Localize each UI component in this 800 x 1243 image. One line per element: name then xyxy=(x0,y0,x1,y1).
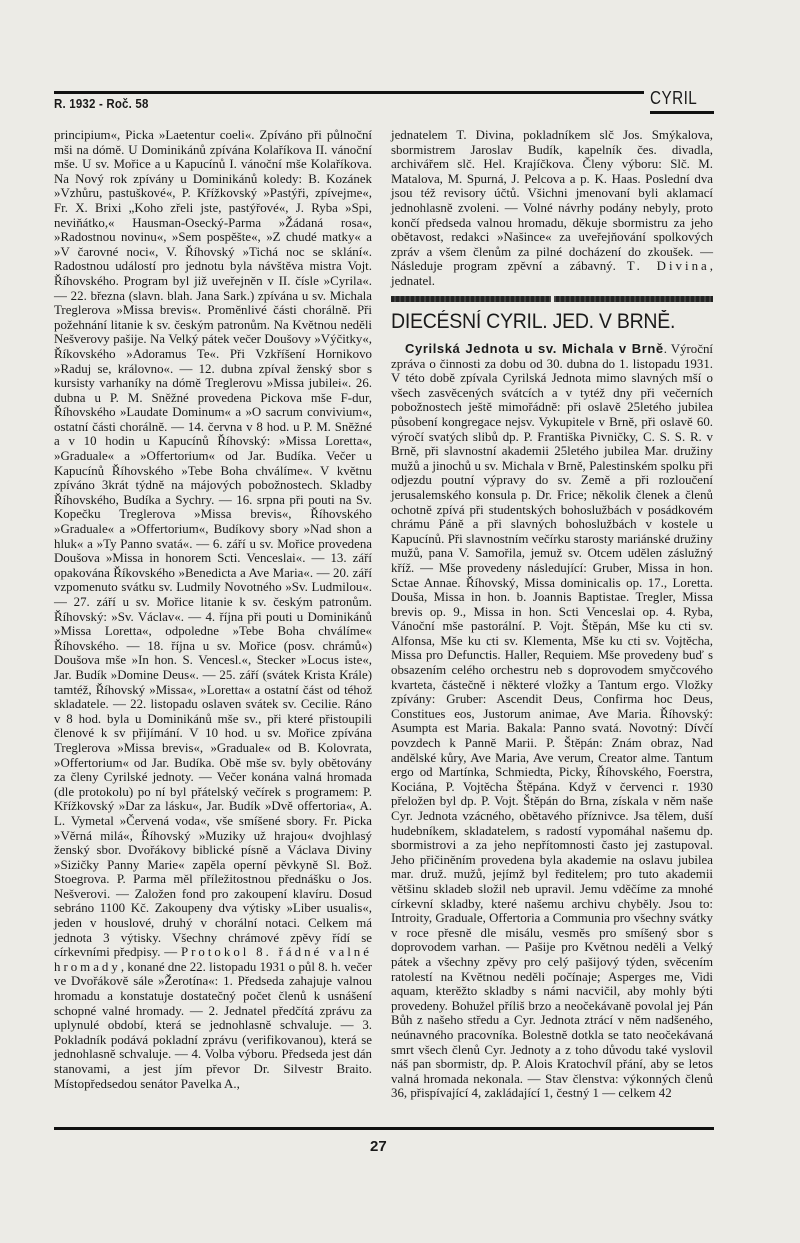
left-column-text: principium«, Picka »Laetentur coeli«. Zp… xyxy=(54,128,372,1091)
report-continuation: jednatelem T. Divina, pokladníkem slč Jo… xyxy=(391,128,713,289)
article: Cyrilská Jednota u sv. Michala v Brně. V… xyxy=(391,342,713,1101)
signature-name: T. Divina xyxy=(627,259,710,273)
footer-rule xyxy=(54,1127,714,1130)
header-rule xyxy=(54,91,644,94)
report-continuation-text: jednatelem T. Divina, pokladníkem slč Jo… xyxy=(391,128,713,273)
running-header-title: CYRIL xyxy=(650,88,704,109)
protocol-text: , konané dne 22. listopadu 1931 o půl 8.… xyxy=(54,960,372,1091)
right-column-article: Cyrilská Jednota u sv. Michala v Brně. V… xyxy=(391,342,713,1101)
left-column-paragraph: principium«, Picka »Laetentur coeli«. Zp… xyxy=(54,128,372,959)
page-number: 27 xyxy=(370,1138,387,1155)
article-title: Cyrilská Jednota u sv. Michala v Brně xyxy=(391,341,664,356)
header-title-underline xyxy=(650,111,714,114)
section-heading: DIECÉSNÍ CYRIL. JED. V BRNĚ. xyxy=(391,310,690,334)
running-header-year-volume: R. 1932 - Roč. 58 xyxy=(54,97,149,111)
left-column: principium«, Picka »Laetentur coeli«. Zp… xyxy=(54,128,372,1091)
magazine-page: R. 1932 - Roč. 58 CYRIL principium«, Pic… xyxy=(0,0,800,1243)
section-divider xyxy=(391,296,713,302)
article-body: . Výroční zpráva o činnosti za dobu od 3… xyxy=(391,342,713,1100)
right-column-top: jednatelem T. Divina, pokladníkem slč Jo… xyxy=(391,128,713,289)
